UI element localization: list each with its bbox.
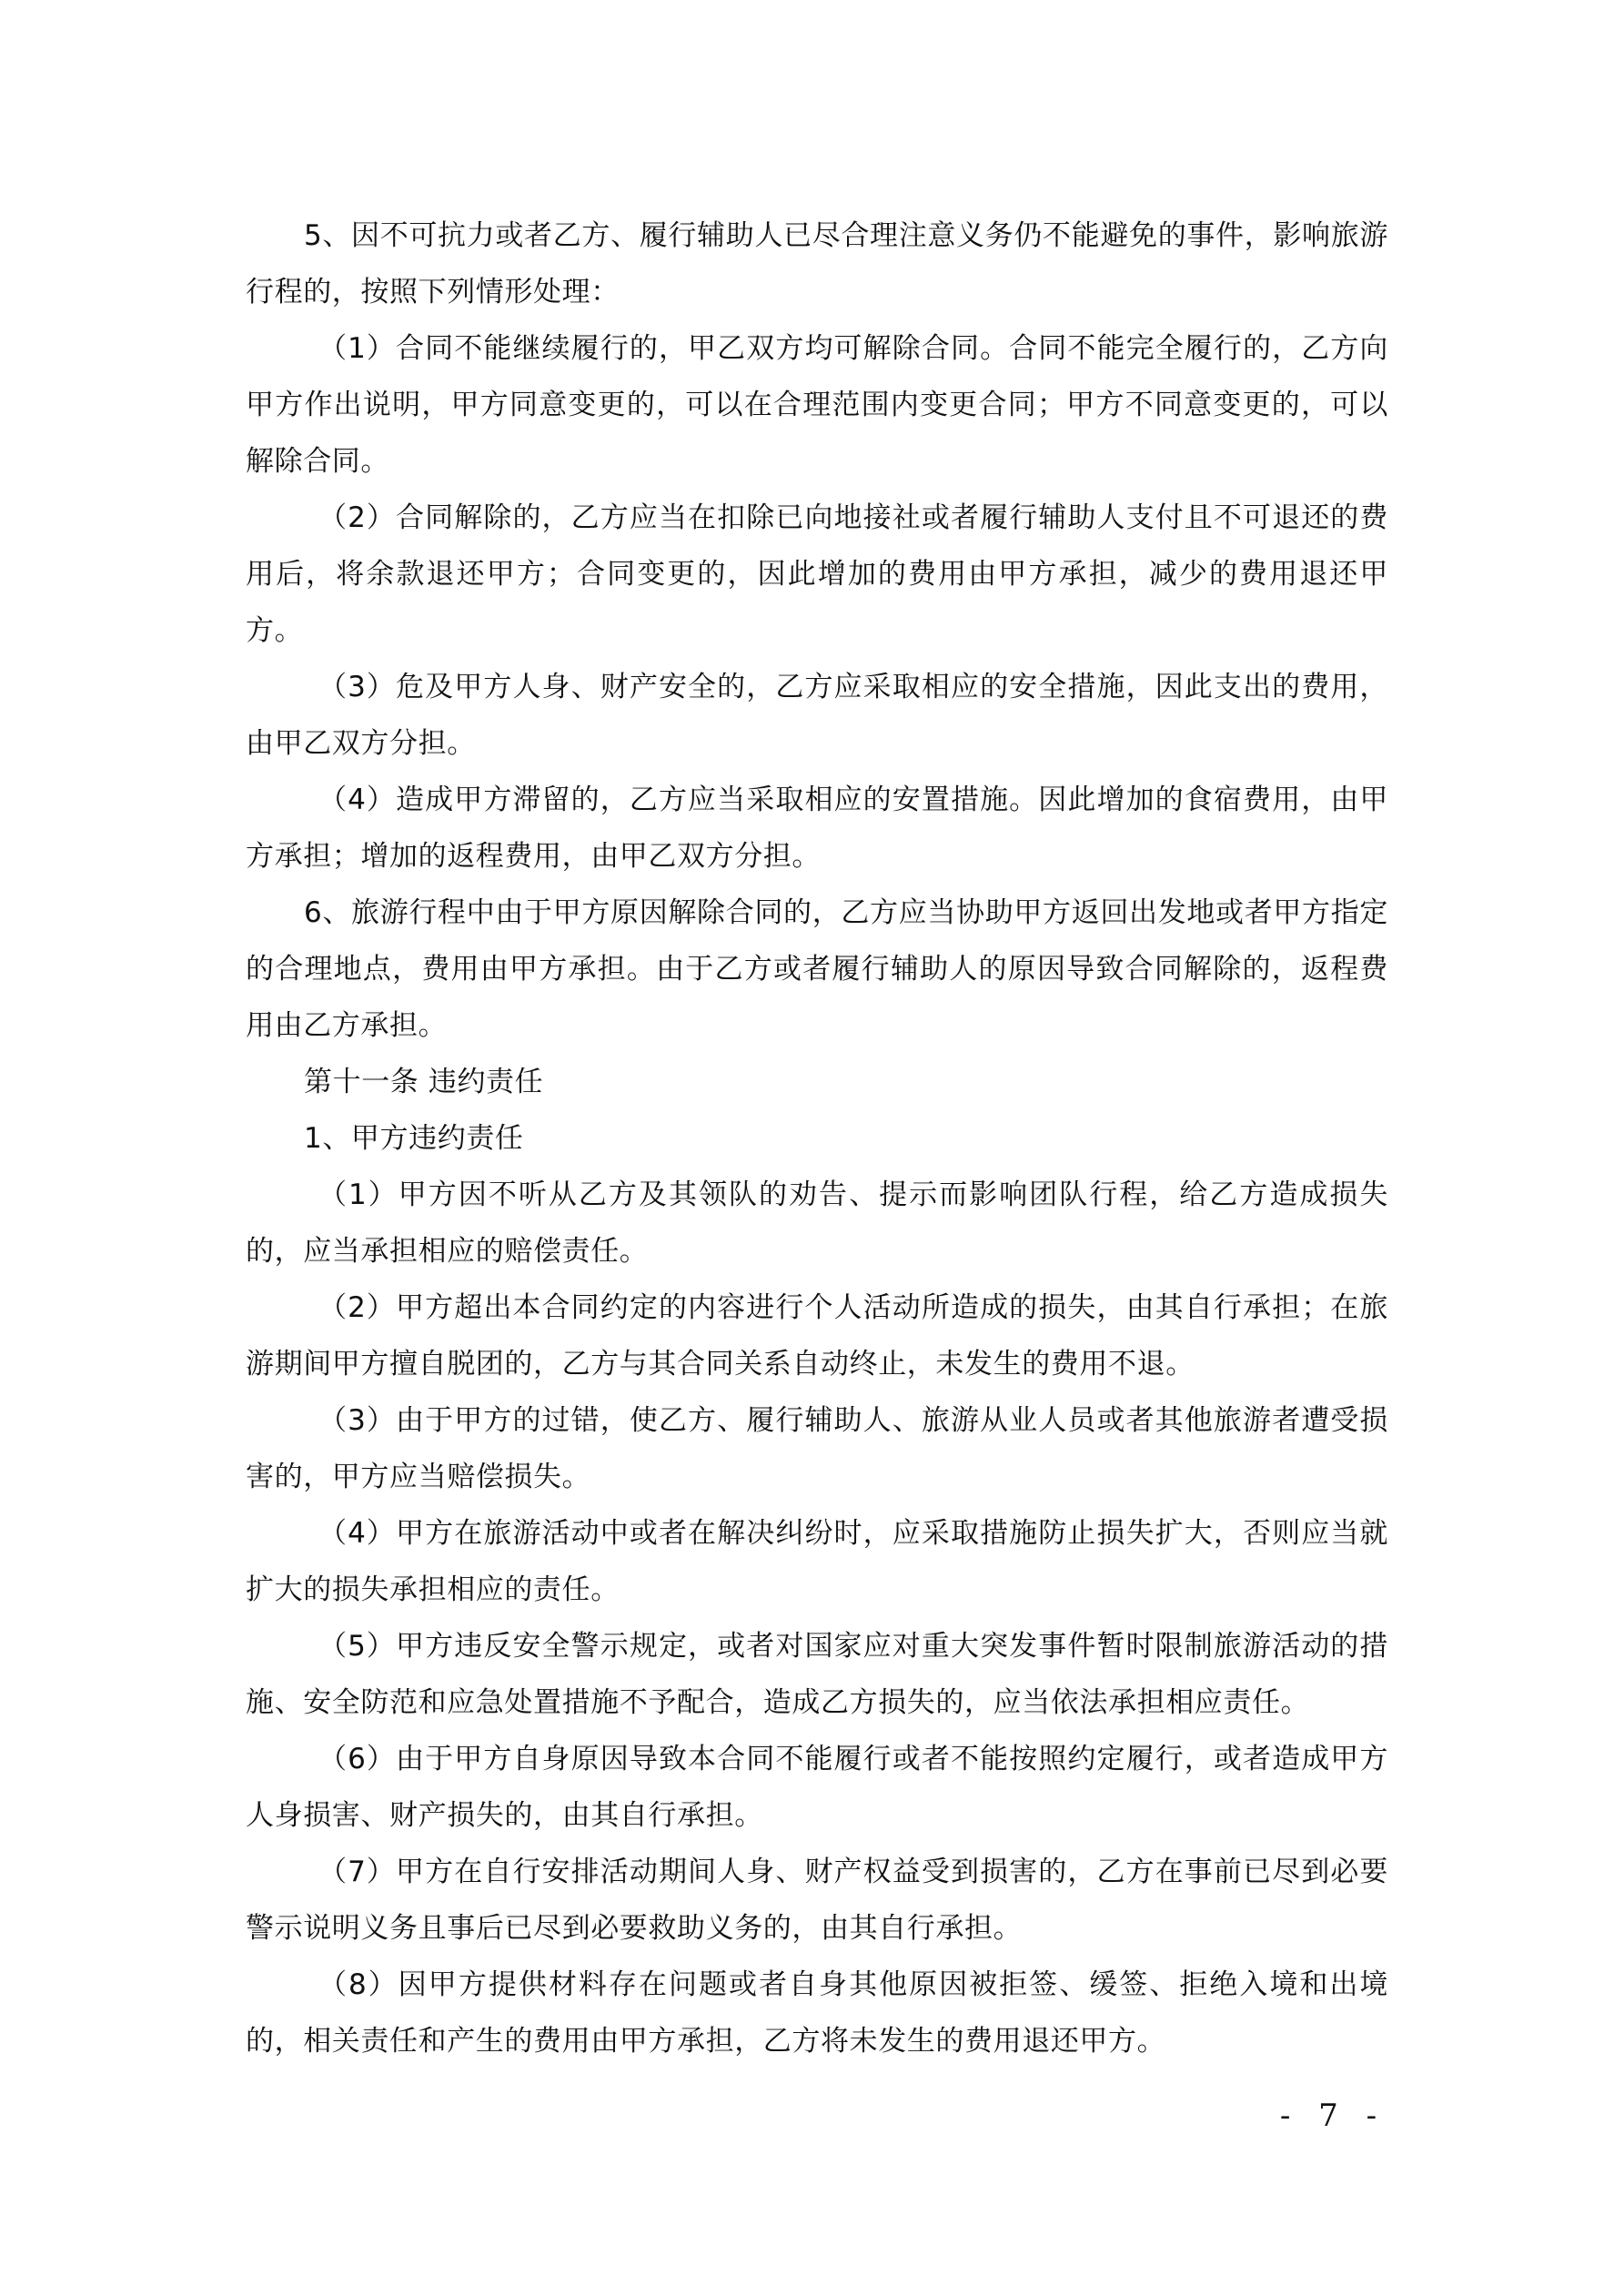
clause-5-item-2: （2）合同解除的，乙方应当在扣除已向地接社或者履行辅助人支付且不可退还的费用后，… bbox=[246, 490, 1388, 659]
clause-5-item-3: （3）危及甲方人身、财产安全的，乙方应采取相应的安全措施，因此支出的费用，由甲乙… bbox=[246, 659, 1388, 772]
liability-item-6: （6）由于甲方自身原因导致本合同不能履行或者不能按照约定履行，或者造成甲方人身损… bbox=[246, 1731, 1388, 1844]
party-a-liability-heading: 1、甲方违约责任 bbox=[246, 1110, 1388, 1167]
article-11-heading: 第十一条 违约责任 bbox=[246, 1054, 1388, 1110]
clause-5-item-1: （1）合同不能继续履行的，甲乙双方均可解除合同。合同不能完全履行的，乙方向甲方作… bbox=[246, 320, 1388, 490]
liability-item-2: （2）甲方超出本合同约定的内容进行个人活动所造成的损失，由其自行承担；在旅游期间… bbox=[246, 1279, 1388, 1392]
clause-5-item-4: （4）造成甲方滞留的，乙方应当采取相应的安置措施。因此增加的食宿费用，由甲方承担… bbox=[246, 772, 1388, 885]
liability-item-5: （5）甲方违反安全警示规定，或者对国家应对重大突发事件暂时限制旅游活动的措施、安… bbox=[246, 1618, 1388, 1731]
clause-6-termination: 6、旅游行程中由于甲方原因解除合同的，乙方应当协助甲方返回出发地或者甲方指定的合… bbox=[246, 885, 1388, 1054]
liability-item-3: （3）由于甲方的过错，使乙方、履行辅助人、旅游从业人员或者其他旅游者遭受损害的，… bbox=[246, 1392, 1388, 1505]
document-body: 5、因不可抗力或者乙方、履行辅助人已尽合理注意义务仍不能避免的事件，影响旅游行程… bbox=[246, 207, 1388, 2069]
page-number: - 7 - bbox=[1274, 2098, 1392, 2134]
liability-item-8: （8）因甲方提供材料存在问题或者自身其他原因被拒签、缓签、拒绝入境和出境的，相关… bbox=[246, 1957, 1388, 2069]
liability-item-4: （4）甲方在旅游活动中或者在解决纠纷时，应采取措施防止损失扩大，否则应当就扩大的… bbox=[246, 1505, 1388, 1618]
liability-item-1: （1）甲方因不听从乙方及其领队的劝告、提示而影响团队行程，给乙方造成损失的，应当… bbox=[246, 1167, 1388, 1279]
clause-5-force-majeure: 5、因不可抗力或者乙方、履行辅助人已尽合理注意义务仍不能避免的事件，影响旅游行程… bbox=[246, 207, 1388, 320]
liability-item-7: （7）甲方在自行安排活动期间人身、财产权益受到损害的，乙方在事前已尽到必要警示说… bbox=[246, 1844, 1388, 1957]
